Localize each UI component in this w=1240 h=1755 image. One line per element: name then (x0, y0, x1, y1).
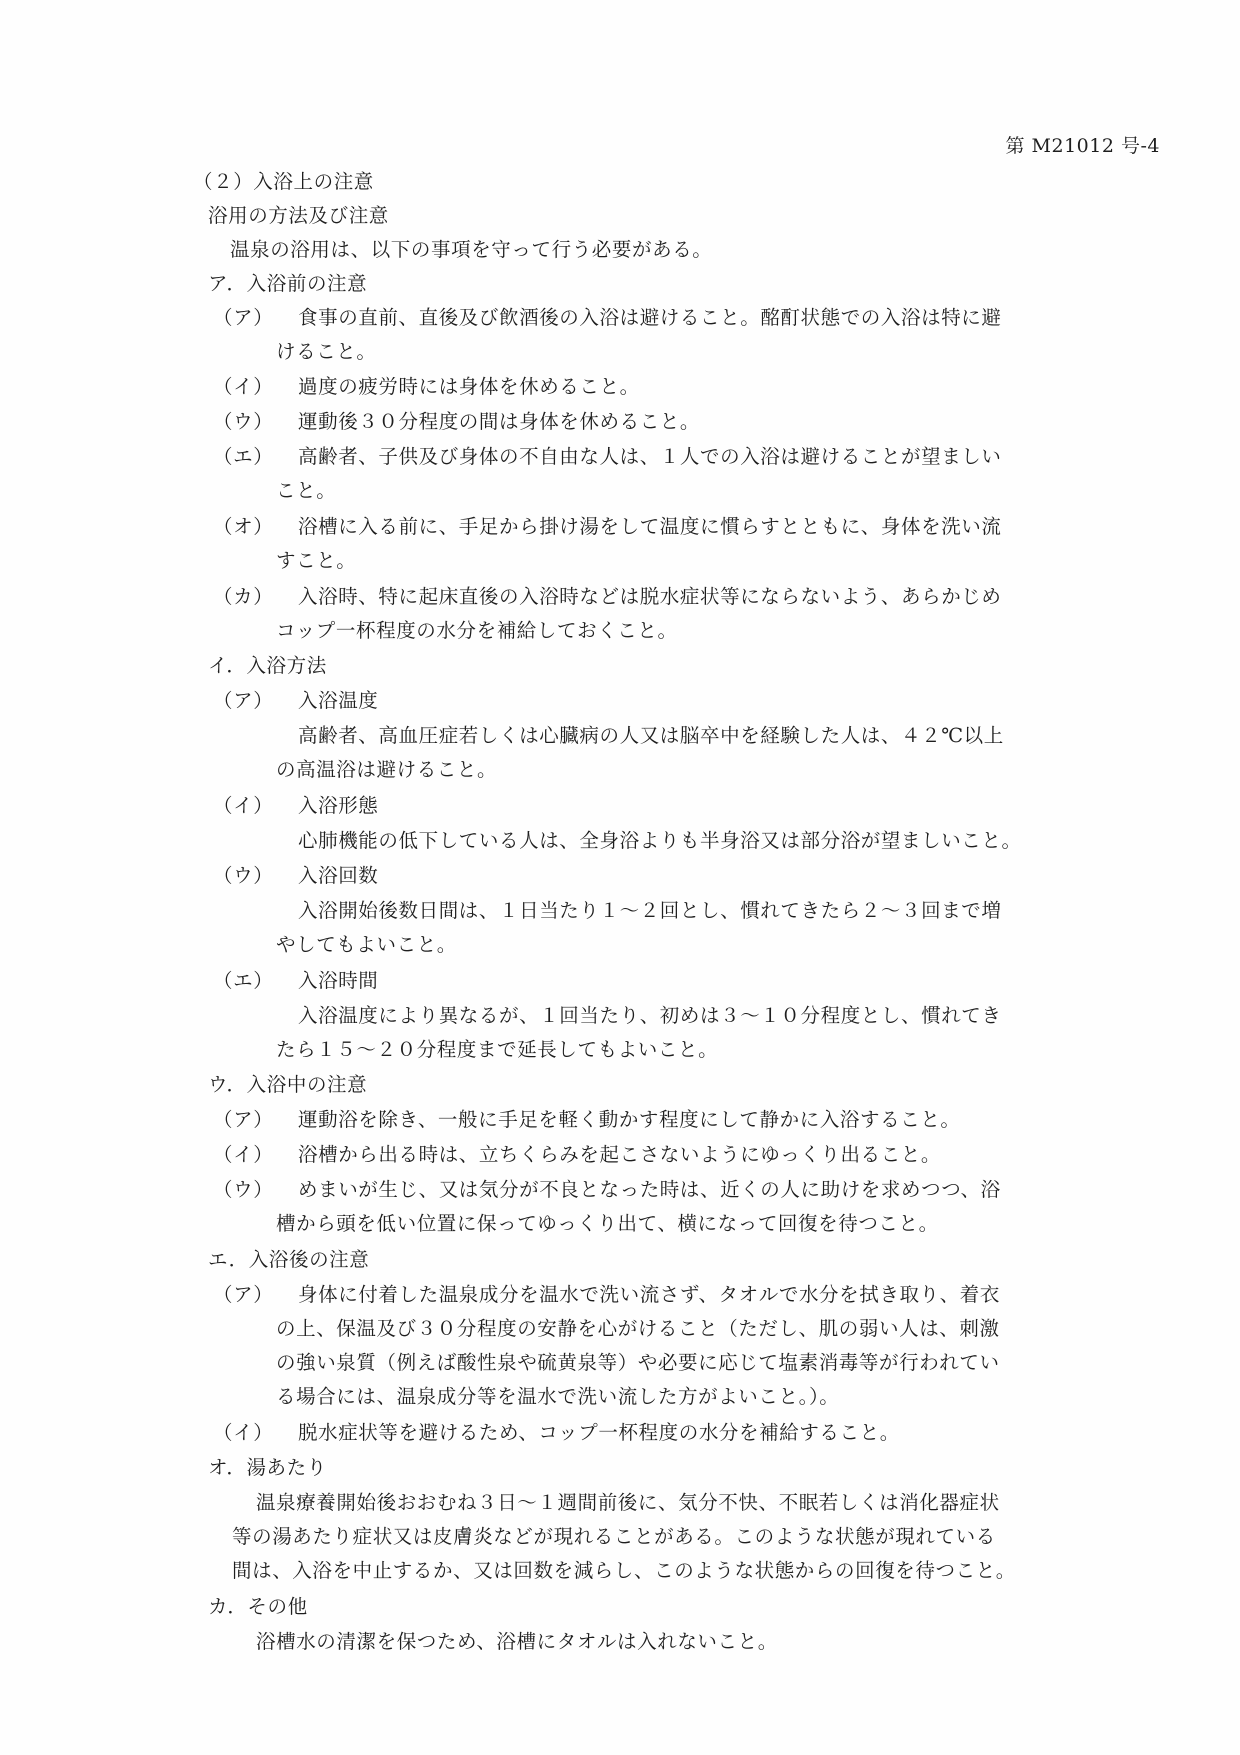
list-item-text: 過度の疲労時には身体を休めること。 (298, 369, 640, 404)
list-item-text: けること。 (276, 334, 377, 369)
list-item-marker: （エ） (213, 439, 273, 474)
list-item-text: 脱水症状等を避けるため、コップ一杯程度の水分を補給すること。 (298, 1415, 900, 1450)
list-item-marker: （イ） (213, 1137, 273, 1172)
list-item-text: 運動浴を除き、一般に手足を軽く動かす程度にして静かに入浴すること。 (298, 1102, 961, 1137)
paragraph-line: 温泉療養開始後おおむね３日～１週間前後に、気分不快、不眠若しくは消化器症状 (256, 1485, 1000, 1520)
list-item-text: の強い泉質（例えば酸性泉や硫黄泉等）や必要に応じて塩素消毒等が行われてい (276, 1345, 1000, 1380)
list-item-text: 浴槽から出る時は、立ちくらみを起こさないようにゆっくり出ること。 (298, 1137, 941, 1172)
list-item-marker: （イ） (213, 1415, 273, 1450)
section-label-during-bath: ウ．入浴中の注意 (208, 1067, 367, 1102)
section-label-after-bath: エ．入浴後の注意 (208, 1242, 369, 1277)
list-item-marker: （ア） (213, 300, 273, 335)
list-item-text: の高温浴は避けること。 (276, 752, 497, 787)
list-item-text: る場合には、温泉成分等を温水で洗い流した方がよいこと。）。 (276, 1379, 839, 1414)
list-item-text: 心肺機能の低下している人は、全身浴よりも半身浴又は部分浴が望ましいこと。 (298, 823, 1022, 858)
section-heading: （２）入浴上の注意 (193, 164, 374, 199)
list-item-marker: （ウ） (213, 404, 273, 439)
list-item-text: 槽から頭を低い位置に保ってゆっくり出て、横になって回復を待つこと。 (276, 1206, 939, 1241)
list-item-title: 入浴時間 (298, 963, 378, 998)
list-item-marker: （ウ） (213, 1172, 273, 1207)
list-item-text: やしてもよいこと。 (276, 927, 457, 962)
list-item-marker: （ア） (213, 683, 273, 718)
list-item-text: 身体に付着した温泉成分を温水で洗い流さず、タオルで水分を拭き取り、着衣 (298, 1277, 1000, 1312)
list-item-text: 入浴温度により異なるが、１回当たり、初めは３～１０分程度とし、慣れてき (298, 998, 1002, 1033)
list-item-text: 高齢者、子供及び身体の不自由な人は、１人での入浴は避けることが望ましい (298, 439, 1002, 474)
list-item-text: 運動後３０分程度の間は身体を休めること。 (298, 404, 700, 439)
list-item-text: めまいが生じ、又は気分が不良となった時は、近くの人に助けを求めつつ、浴 (298, 1172, 1001, 1207)
list-item-marker: （オ） (213, 509, 273, 544)
list-item-text: 浴槽に入る前に、手足から掛け湯をして温度に慣らすとともに、身体を洗い流 (298, 509, 1002, 544)
list-item-text: こと。 (276, 473, 336, 508)
list-item-text: の上、保温及び３０分程度の安静を心がけること（ただし、肌の弱い人は、刺激 (276, 1311, 1000, 1346)
list-item-marker: （カ） (213, 579, 273, 614)
list-item-text: コップ一杯程度の水分を補給しておくこと。 (276, 613, 678, 648)
section-label-bathing-method: イ．入浴方法 (208, 648, 327, 683)
list-item-marker: （ウ） (213, 858, 273, 893)
list-item-marker: （イ） (213, 369, 273, 404)
list-item-title: 入浴回数 (298, 858, 378, 893)
paragraph-line: 間は、入浴を中止するか、又は回数を減らし、このような状態からの回復を待つこと。 (232, 1553, 1016, 1588)
list-item-text: 高齢者、高血圧症若しくは心臓病の人又は脳卒中を経験した人は、４２℃以上 (298, 718, 1004, 753)
paragraph-line: 等の湯あたり症状又は皮膚炎などが現れることがある。このような状態が現れている (232, 1519, 996, 1554)
list-item-text: 入浴時、特に起床直後の入浴時などは脱水症状等にならないよう、あらかじめ (298, 579, 1002, 614)
section-label-other: カ．その他 (208, 1589, 308, 1624)
section-label-before-bath: ア．入浴前の注意 (208, 266, 367, 301)
paragraph-line: 浴槽水の清潔を保つため、浴槽にタオルは入れないこと。 (256, 1624, 778, 1659)
list-item-text: たら１５～２０分程度まで延長してもよいこと。 (276, 1032, 718, 1067)
list-item-title: 入浴形態 (298, 788, 378, 823)
intro-text: 温泉の浴用は、以下の事項を守って行う必要がある。 (230, 232, 712, 267)
list-item-text: 食事の直前、直後及び飲酒後の入浴は避けること。酩酊状態での入浴は特に避 (298, 300, 1002, 335)
document-number: 第 M21012 号-4 (1006, 131, 1160, 158)
list-item-marker: （ア） (213, 1277, 273, 1312)
list-item-marker: （イ） (213, 788, 273, 823)
document-page: 第 M21012 号-4 （２）入浴上の注意 浴用の方法及び注意 温泉の浴用は、… (0, 0, 1240, 1755)
list-item-marker: （エ） (213, 963, 273, 998)
subheading: 浴用の方法及び注意 (208, 198, 389, 233)
list-item-title: 入浴温度 (298, 683, 378, 718)
list-item-text: すこと。 (276, 543, 356, 578)
list-item-marker: （ア） (213, 1102, 273, 1137)
section-label-hot-spring-sickness: オ．湯あたり (208, 1450, 327, 1485)
list-item-text: 入浴開始後数日間は、１日当たり１～２回とし、慣れてきたら２～３回まで増 (298, 893, 1002, 928)
